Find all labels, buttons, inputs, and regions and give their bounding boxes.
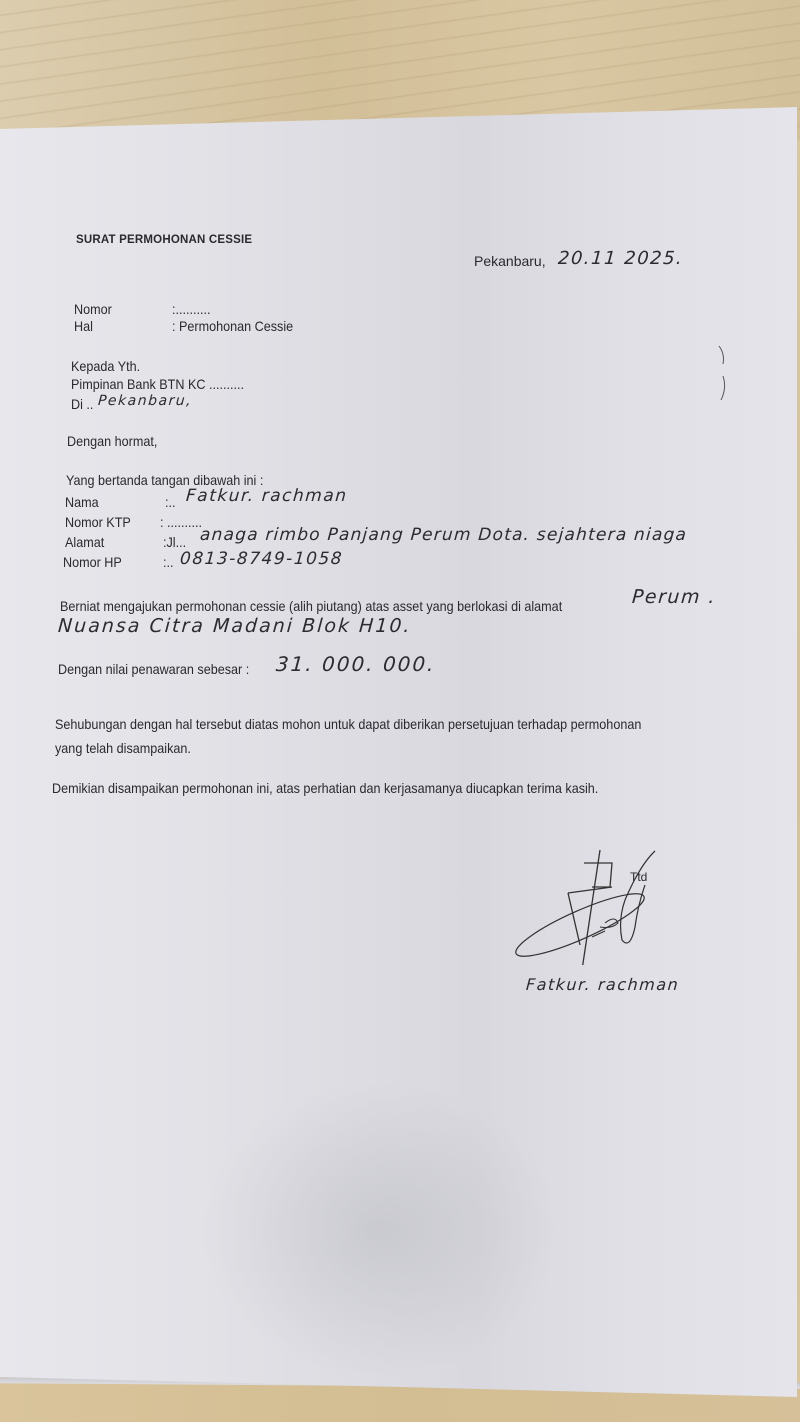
nama-label: Nama bbox=[65, 494, 99, 510]
hp-handwritten: 0813-8749-1058 bbox=[179, 549, 343, 569]
recipient-line2: Pimpinan Bank BTN KC .......... bbox=[71, 376, 244, 392]
closing-text: Demikian disampaikan permohonan ini, ata… bbox=[52, 780, 598, 796]
asset-sentence: Berniat mengajukan permohonan cessie (al… bbox=[60, 598, 562, 614]
hp-label: Nomor HP bbox=[63, 554, 122, 570]
ktp-label: Nomor KTP bbox=[65, 514, 131, 530]
document-title: SURAT PERMOHONAN CESSIE bbox=[76, 234, 252, 246]
place-label: Pekanbaru, bbox=[474, 253, 546, 269]
request-paragraph-line1: Sehubungan dengan hal tersebut diatas mo… bbox=[55, 716, 641, 732]
nomor-label: Nomor bbox=[74, 301, 112, 317]
salutation: Dengan hormat, bbox=[67, 433, 157, 449]
asset-address-handwritten-2: Nuansa Citra Madani Blok H10. bbox=[57, 615, 412, 637]
alamat-label: Alamat bbox=[65, 534, 104, 550]
signature-label: Ttd bbox=[630, 870, 647, 884]
nama-handwritten: Fatkur. rachman bbox=[185, 486, 348, 506]
recipient-line1: Kepada Yth. bbox=[71, 358, 140, 374]
alamat-handwritten: anaga rimbo Panjang Perum Dota. sejahter… bbox=[199, 525, 688, 545]
hp-prefix: :.. bbox=[163, 554, 174, 570]
offer-value-handwritten: 31. 000. 000. bbox=[275, 652, 436, 676]
date-handwritten: 20.11 2025. bbox=[557, 248, 684, 269]
ktp-prefix: : .......... bbox=[160, 514, 202, 530]
offer-label: Dengan nilai penawaran sebesar : bbox=[58, 661, 249, 677]
hal-value: : Permohonan Cessie bbox=[172, 318, 293, 334]
nomor-value: :.......... bbox=[172, 301, 211, 317]
signature-scribble bbox=[500, 845, 700, 965]
request-paragraph-line2: yang telah disampaikan. bbox=[55, 740, 191, 756]
asset-address-handwritten-1: Perum . bbox=[631, 586, 717, 608]
margin-pencil-marks bbox=[715, 340, 735, 405]
recipient-line3-prefix: Di .. bbox=[71, 396, 93, 412]
alamat-prefix: :Jl... bbox=[163, 534, 186, 550]
hal-label: Hal bbox=[74, 318, 93, 334]
recipient-city-handwritten: Pekanbaru, bbox=[97, 393, 192, 409]
nama-prefix: :.. bbox=[165, 494, 176, 510]
signature-name-handwritten: Fatkur. rachman bbox=[525, 975, 680, 994]
phone-shadow bbox=[200, 1080, 560, 1380]
